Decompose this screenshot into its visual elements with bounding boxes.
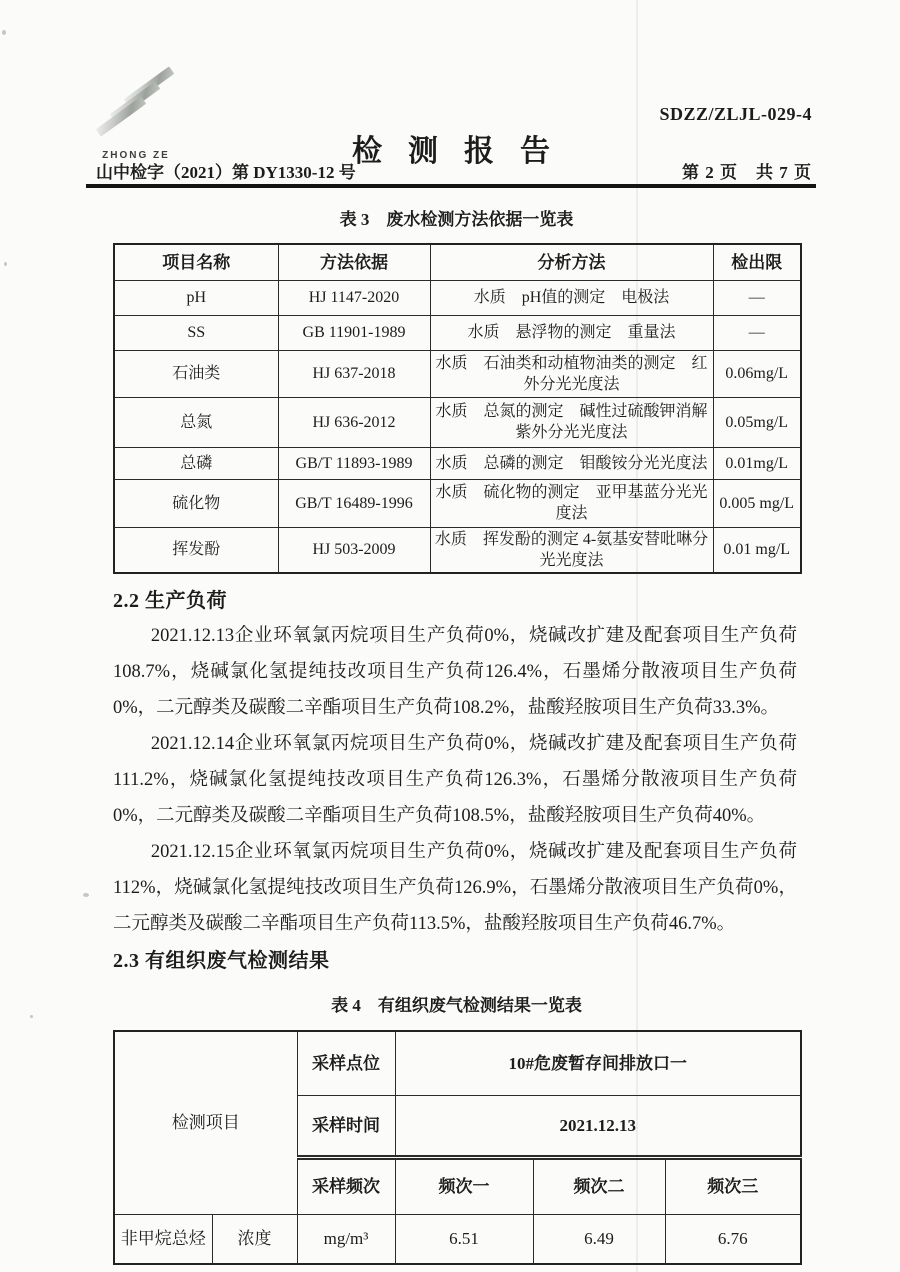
col-header: 项目名称 — [114, 244, 278, 280]
item-name: 硫化物 — [114, 479, 278, 527]
production-load-paragraphs: 2021.12.13企业环氧氯丙烷项目生产负荷0%，烧碱改扩建及配套项目生产负荷… — [113, 618, 797, 942]
paragraph: 2021.12.15企业环氧氯丙烷项目生产负荷0%，烧碱改扩建及配套项目生产负荷… — [113, 834, 797, 942]
table-row: 非甲烷总烃 浓度 mg/m³ 6.51 6.49 6.76 — [114, 1214, 801, 1264]
sampling-date-value: 2021.12.13 — [395, 1095, 801, 1157]
item-name: 石油类 — [114, 350, 278, 397]
page-number-info: 第 2 页 共 7 页 — [612, 158, 812, 183]
zhongze-logo: ZHONG ZE — [93, 66, 179, 168]
analysis-method: 水质 挥发酚的测定 4-氨基安替吡啉分光光度法 — [430, 527, 713, 573]
row-label-sampling-point: 采样点位 — [297, 1031, 395, 1095]
value-freq3: 6.76 — [665, 1214, 801, 1264]
header-rule — [86, 184, 816, 188]
unit: mg/m³ — [297, 1214, 395, 1264]
sampling-point-value: 10#危废暂存间排放口一 — [395, 1031, 801, 1095]
item-name: 总磷 — [114, 447, 278, 479]
paragraph: 2021.12.14企业环氧氯丙烷项目生产负荷0%，烧碱改扩建及配套项目生产负荷… — [113, 726, 797, 834]
detection-limit: 0.005 mg/L — [713, 479, 801, 527]
detection-limit: 0.05mg/L — [713, 397, 801, 447]
method-basis: GB/T 11893-1989 — [278, 447, 430, 479]
method-basis: HJ 636-2012 — [278, 397, 430, 447]
table-row: SS GB 11901-1989 水质 悬浮物的测定 重量法 — — [114, 315, 801, 350]
section-2-2-heading: 2.2 生产负荷 — [113, 584, 227, 613]
table3-caption: 表 3 废水检测方法依据一览表 — [113, 205, 800, 230]
detection-limit: — — [713, 280, 801, 315]
document-code: SDZZ/ZLJL-029-4 — [612, 104, 812, 125]
detection-limit: 0.01 mg/L — [713, 527, 801, 573]
method-basis: GB/T 16489-1996 — [278, 479, 430, 527]
logo-stripe-icon — [96, 96, 147, 136]
frequency-header: 频次二 — [533, 1157, 665, 1214]
scan-speck — [4, 262, 7, 266]
item-name: SS — [114, 315, 278, 350]
analysis-method: 水质 悬浮物的测定 重量法 — [430, 315, 713, 350]
col-header: 方法依据 — [278, 244, 430, 280]
method-basis: HJ 637-2018 — [278, 350, 430, 397]
col-header: 检出限 — [713, 244, 801, 280]
report-page: ZHONG ZE SDZZ/ZLJL-029-4 检测报告 山中检字（2021）… — [0, 0, 900, 1272]
table-row: 总氮 HJ 636-2012 水质 总氮的测定 碱性过硫酸钾消解紫外分光光度法 … — [114, 397, 801, 447]
row-label-sampling-frequency: 采样频次 — [297, 1157, 395, 1214]
table-header-row: 项目名称 方法依据 分析方法 检出限 — [114, 244, 801, 280]
item-name: 总氮 — [114, 397, 278, 447]
table-row: 石油类 HJ 637-2018 水质 石油类和动植物油类的测定 红外分光光度法 … — [114, 350, 801, 397]
table3-wastewater-methods: 项目名称 方法依据 分析方法 检出限 pH HJ 1147-2020 水质 pH… — [113, 243, 802, 574]
table4-caption: 表 4 有组织废气检测结果一览表 — [113, 991, 800, 1016]
row-label-sampling-time: 采样时间 — [297, 1095, 395, 1157]
table4-organized-exhaust-results: 检测项目 采样点位 10#危废暂存间排放口一 采样时间 2021.12.13 采… — [113, 1030, 802, 1265]
report-title: 检测报告 — [352, 126, 576, 170]
value-freq2: 6.49 — [533, 1214, 665, 1264]
scan-speck — [30, 1015, 33, 1018]
left-header: 检测项目 — [114, 1031, 297, 1214]
table-row: pH HJ 1147-2020 水质 pH值的测定 电极法 — — [114, 280, 801, 315]
section-2-3-heading: 2.3 有组织废气检测结果 — [113, 944, 330, 973]
analysis-method: 水质 总磷的测定 钼酸铵分光光度法 — [430, 447, 713, 479]
analysis-method: 水质 硫化物的测定 亚甲基蓝分光光度法 — [430, 479, 713, 527]
paragraph: 2021.12.13企业环氧氯丙烷项目生产负荷0%，烧碱改扩建及配套项目生产负荷… — [113, 618, 797, 726]
analysis-method: 水质 pH值的测定 电极法 — [430, 280, 713, 315]
analysis-method: 水质 总氮的测定 碱性过硫酸钾消解紫外分光光度法 — [430, 397, 713, 447]
table-row: 硫化物 GB/T 16489-1996 水质 硫化物的测定 亚甲基蓝分光光度法 … — [114, 479, 801, 527]
analysis-method: 水质 石油类和动植物油类的测定 红外分光光度法 — [430, 350, 713, 397]
scan-speck — [2, 30, 6, 35]
value-freq1: 6.51 — [395, 1214, 533, 1264]
method-basis: HJ 503-2009 — [278, 527, 430, 573]
frequency-header: 频次三 — [665, 1157, 801, 1214]
scan-speck — [83, 893, 89, 897]
frequency-header: 频次一 — [395, 1157, 533, 1214]
table-row: 检测项目 采样点位 10#危废暂存间排放口一 — [114, 1031, 801, 1095]
col-header: 分析方法 — [430, 244, 713, 280]
report-number: 山中检字（2021）第 DY1330-12 号 — [96, 158, 356, 183]
measure-type: 浓度 — [212, 1214, 297, 1264]
method-basis: GB 11901-1989 — [278, 315, 430, 350]
detection-limit: — — [713, 315, 801, 350]
table-row: 总磷 GB/T 11893-1989 水质 总磷的测定 钼酸铵分光光度法 0.0… — [114, 447, 801, 479]
table-row: 挥发酚 HJ 503-2009 水质 挥发酚的测定 4-氨基安替吡啉分光光度法 … — [114, 527, 801, 573]
measured-item: 非甲烷总烃 — [114, 1214, 212, 1264]
item-name: 挥发酚 — [114, 527, 278, 573]
detection-limit: 0.01mg/L — [713, 447, 801, 479]
item-name: pH — [114, 280, 278, 315]
method-basis: HJ 1147-2020 — [278, 280, 430, 315]
detection-limit: 0.06mg/L — [713, 350, 801, 397]
